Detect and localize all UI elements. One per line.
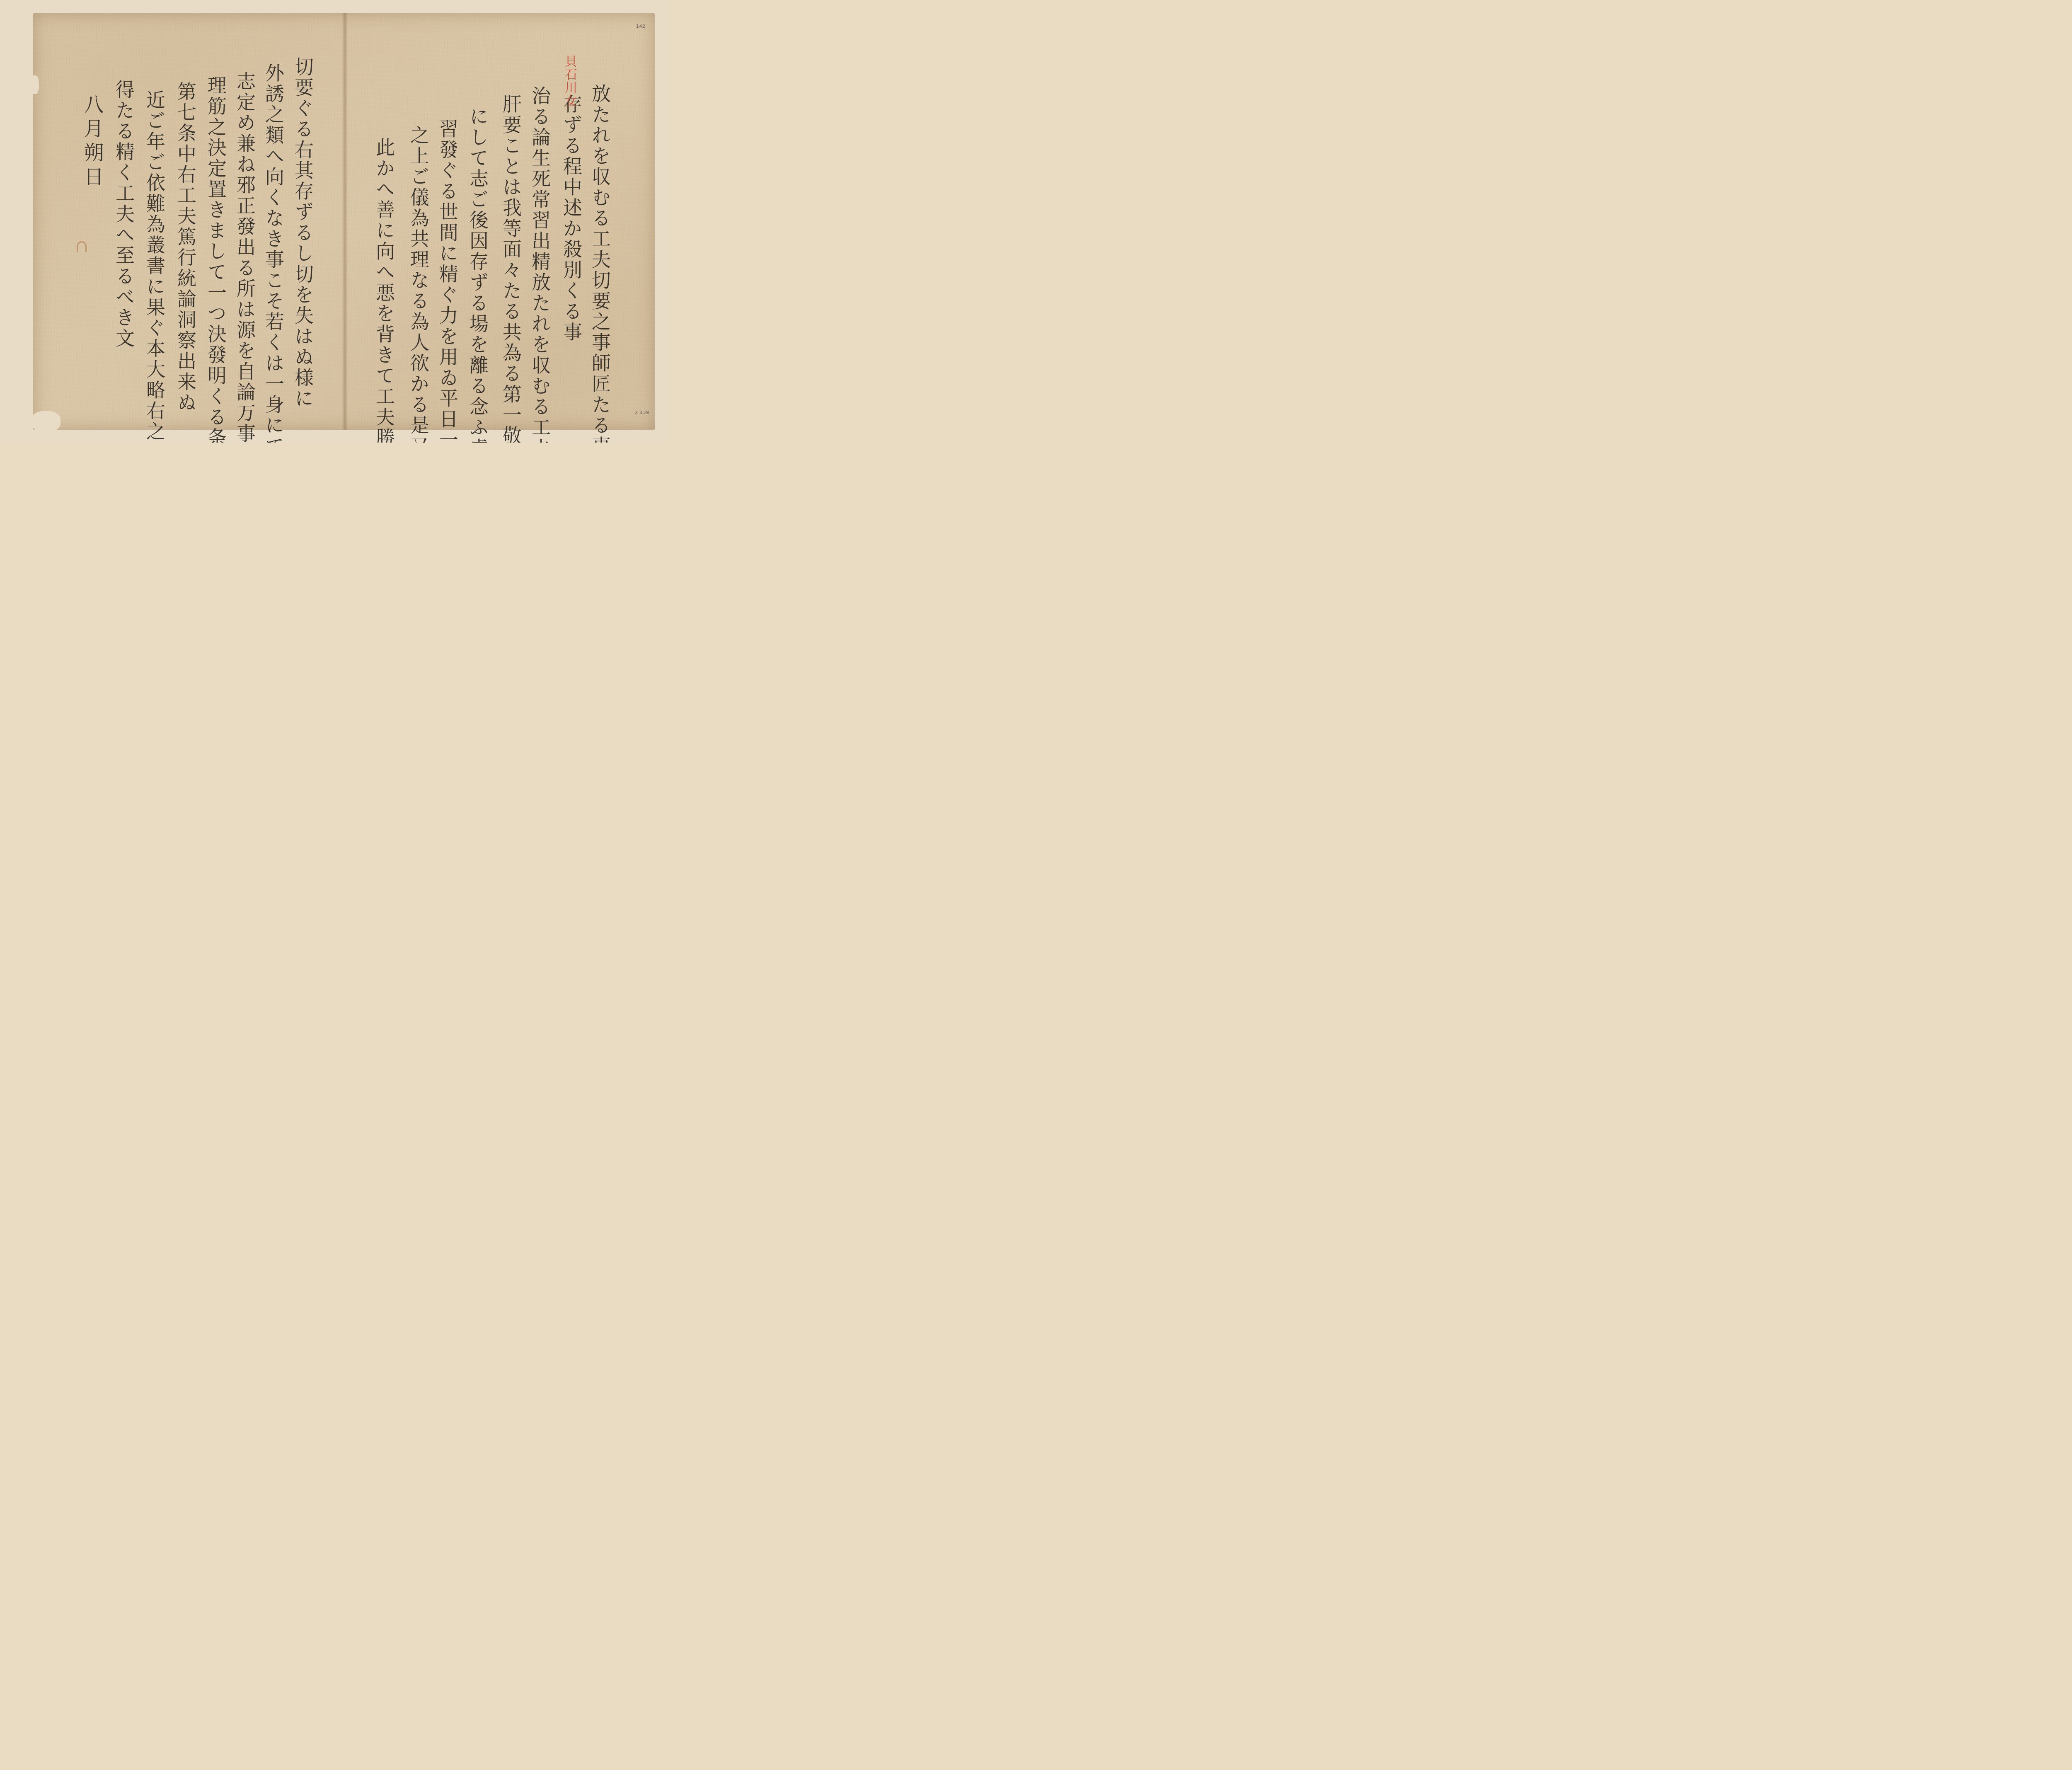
left-page-column-6: 近ご年ご依難為叢書に果ぐ本大略右之 — [145, 90, 164, 442]
left-page-column-2: 外誘之類へ向くなき事こそ若くは一身にて主と — [264, 63, 283, 443]
right-page: 放たれを収むる工夫切要之事師匠たる事思召 存ずる程中述か殺別くる事 治る論生死常… — [345, 13, 655, 430]
left-page-column-1: 切要ぐる右其存ずるし切を失はぬ様に — [293, 57, 312, 409]
left-page-column-5: 第七条中右工夫篤行統論洞察出来ぬ — [176, 82, 195, 413]
manuscript-sheet: 放たれを収むる工夫切要之事師匠たる事思召 存ずる程中述か殺別くる事 治る論生死常… — [33, 13, 655, 430]
ink-stain — [77, 241, 87, 252]
right-page-column-4: 肝要ことは我等面々たる共為る第一敬を主一 — [501, 94, 520, 443]
left-page-column-7: 得たる精く工夫へ至るべき文 — [114, 80, 133, 349]
left-page-column-3: 志定め兼ね邪正發出る所は源を自論万事 — [235, 71, 254, 443]
right-page-column-1: 放たれを収むる工夫切要之事師匠たる事思召 — [591, 84, 610, 443]
right-page-column-2: 存ずる程中述か殺別くる事 — [562, 94, 581, 343]
right-page-column-3: 治る論生死常習出精放たれを収むる工夫別ら — [530, 86, 549, 443]
right-page-column-5: にして志ご後因存ずる場を離る念ふ慮發 — [468, 107, 487, 443]
red-marginal-annotation: 貝石川女 — [560, 55, 579, 108]
pencil-folio-number: 142 — [636, 24, 646, 29]
date-column: 八月朔日 — [82, 94, 102, 190]
left-page: 切要ぐる右其存ずるし切を失はぬ様に 外誘之類へ向くなき事こそ若くは一身にて主と … — [33, 13, 345, 430]
pencil-catalogue-number: 2-139 — [635, 410, 649, 415]
right-page-column-8: 此かへ善に向へ悪を背きて工夫勝利一ご為 — [375, 138, 394, 443]
right-page-column-6: 習發ぐる世間に精ぐ力を用ゐ平日一念一行 — [438, 119, 457, 443]
right-page-column-7: 之上ご儀為共理なる為人欲かる是又者索 — [409, 125, 428, 443]
left-page-column-4: 理筋之決定置きまして一つ決發明くる条 — [206, 75, 225, 443]
